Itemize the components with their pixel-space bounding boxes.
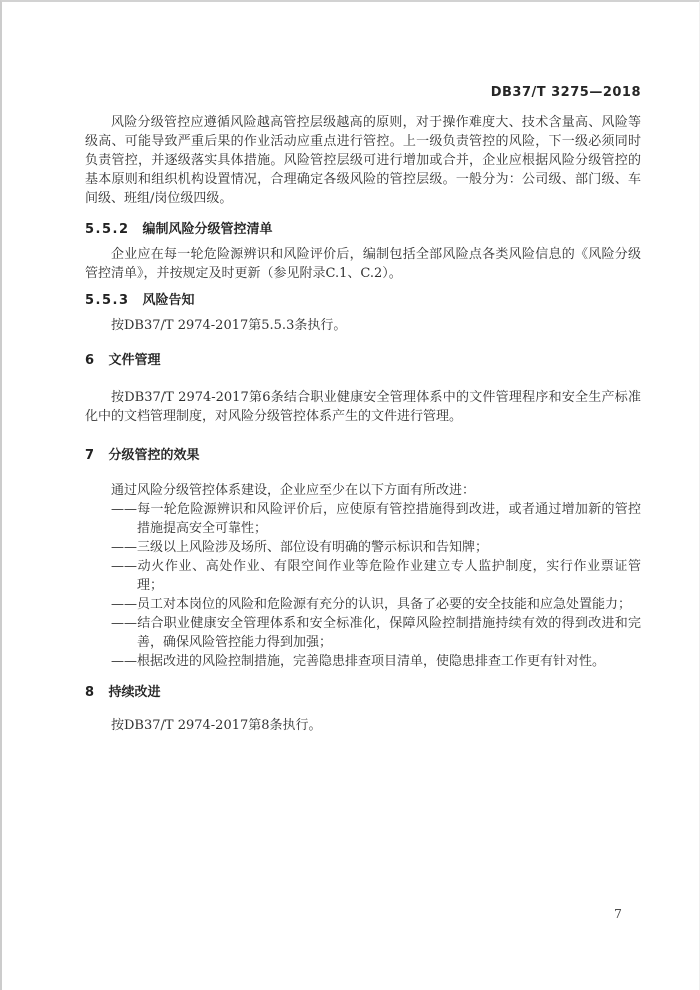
list-item: ——根据改进的风险控制措施，完善隐患排查项目清单，使隐患排查工作更有针对性。 (85, 652, 641, 671)
section-heading-7: 7分级管控的效果 (85, 446, 641, 465)
section-heading-6: 6文件管理 (85, 351, 641, 370)
section-title: 编制风险分级管控清单 (143, 222, 273, 237)
section-number: 6 (85, 351, 96, 370)
section-number: 5.5.2 (85, 220, 130, 239)
section-heading-5-5-2: 5.5.2编制风险分级管控清单 (85, 220, 641, 239)
list-item: ——动火作业、高处作业、有限空间作业等危险作业建立专人监护制度，实行作业票证管理… (85, 557, 641, 595)
improvement-dash-list: ——每一轮危险源辨识和风险评价后，应使原有管控措施得到改进，或者通过增加新的管控… (85, 500, 641, 671)
section-number: 5.5.3 (85, 291, 130, 310)
list-item: ——员工对本岗位的风险和危险源有充分的认识，具备了必要的安全技能和应急处置能力； (85, 595, 641, 614)
section-heading-5-5-3: 5.5.3风险告知 (85, 291, 641, 310)
header-doc-code: DB37/T 3275—2018 (85, 2, 641, 102)
list-item: ——每一轮危险源辨识和风险评价后，应使原有管控措施得到改进，或者通过增加新的管控… (85, 500, 641, 538)
section-title: 文件管理 (109, 353, 161, 368)
section-7-intro-paragraph: 通过风险分级管控体系建设，企业应至少在以下方面有所改进： (85, 481, 641, 500)
section-title: 持续改进 (109, 685, 161, 700)
section-heading-8: 8持续改进 (85, 683, 641, 702)
section-5-5-3-paragraph: 按DB37/T 2974-2017第5.5.3条执行。 (85, 316, 641, 335)
section-number: 8 (85, 683, 96, 702)
section-6-paragraph: 按DB37/T 2974-2017第6条结合职业健康安全管理体系中的文件管理程序… (85, 388, 641, 426)
intro-paragraph: 风险分级管控应遵循风险越高管控层级越高的原则，对于操作难度大、技术含量高、风险等… (85, 113, 641, 208)
section-8-paragraph: 按DB37/T 2974-2017第8条执行。 (85, 716, 641, 735)
section-title: 分级管控的效果 (109, 448, 200, 463)
section-number: 7 (85, 446, 96, 465)
list-item: ——三级以上风险涉及场所、部位设有明确的警示标识和告知牌； (85, 538, 641, 557)
page-number: 7 (614, 904, 622, 923)
section-5-5-2-paragraph: 企业应在每一轮危险源辨识和风险评价后，编制包括全部风险点各类风险信息的《风险分级… (85, 245, 641, 283)
list-item: ——结合职业健康安全管理体系和安全标准化，保障风险控制措施持续有效的得到改进和完… (85, 614, 641, 652)
document-page: DB37/T 3275—2018 风险分级管控应遵循风险越高管控层级越高的原则，… (0, 0, 700, 990)
section-title: 风险告知 (143, 293, 195, 308)
